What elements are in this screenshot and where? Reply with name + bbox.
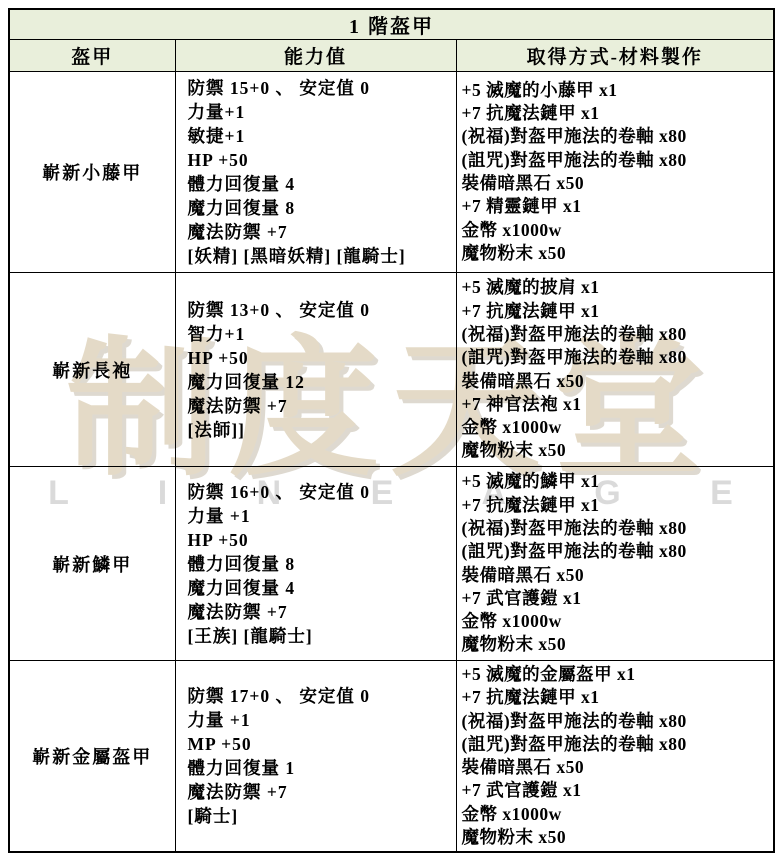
table-row: 嶄新金屬盔甲 防禦 17+0 、 安定值 0 力量 +1 MP +50 體力回復… <box>9 661 774 853</box>
table-row: 嶄新長袍 防禦 13+0 、 安定值 0 智力+1 HP +50 魔力回復量 1… <box>9 273 774 467</box>
column-header-row: 盔甲 能力值 取得方式-材料製作 <box>9 40 774 72</box>
col-header-acquisition: 取得方式-材料製作 <box>456 40 774 72</box>
materials-cell: +5 滅魔的金屬盔甲 x1 +7 抗魔法鏈甲 x1 (祝福)對盔甲施法的卷軸 x… <box>456 661 774 853</box>
table-title-row: 1 階盔甲 <box>9 9 774 40</box>
armor-table: 1 階盔甲 盔甲 能力值 取得方式-材料製作 嶄新小藤甲 防禦 15+0 、 安… <box>8 8 775 853</box>
stats-cell: 防禦 13+0 、 安定值 0 智力+1 HP +50 魔力回復量 12 魔法防… <box>175 273 456 467</box>
page: 制度天堂 L I N E A G E 1 階盔甲 盔甲 能力值 取得方式-材料製… <box>0 0 781 853</box>
col-header-armor: 盔甲 <box>9 40 175 72</box>
materials-cell: +5 滅魔的鱗甲 x1 +7 抗魔法鏈甲 x1 (祝福)對盔甲施法的卷軸 x80… <box>456 467 774 661</box>
materials-cell: +5 滅魔的小藤甲 x1 +7 抗魔法鏈甲 x1 (祝福)對盔甲施法的卷軸 x8… <box>456 72 774 273</box>
armor-name-cell: 嶄新長袍 <box>9 273 175 467</box>
materials-cell: +5 滅魔的披肩 x1 +7 抗魔法鏈甲 x1 (祝福)對盔甲施法的卷軸 x80… <box>456 273 774 467</box>
stats-cell: 防禦 17+0 、 安定值 0 力量 +1 MP +50 體力回復量 1 魔法防… <box>175 661 456 853</box>
table-row: 嶄新鱗甲 防禦 16+0 、 安定值 0 力量 +1 HP +50 體力回復量 … <box>9 467 774 661</box>
table-title: 1 階盔甲 <box>9 9 774 40</box>
armor-name-cell: 嶄新小藤甲 <box>9 72 175 273</box>
col-header-stats: 能力值 <box>175 40 456 72</box>
stats-cell: 防禦 15+0 、 安定值 0 力量+1 敏捷+1 HP +50 體力回復量 4… <box>175 72 456 273</box>
armor-name-cell: 嶄新金屬盔甲 <box>9 661 175 853</box>
armor-name-cell: 嶄新鱗甲 <box>9 467 175 661</box>
table-row: 嶄新小藤甲 防禦 15+0 、 安定值 0 力量+1 敏捷+1 HP +50 體… <box>9 72 774 273</box>
stats-cell: 防禦 16+0 、 安定值 0 力量 +1 HP +50 體力回復量 8 魔力回… <box>175 467 456 661</box>
